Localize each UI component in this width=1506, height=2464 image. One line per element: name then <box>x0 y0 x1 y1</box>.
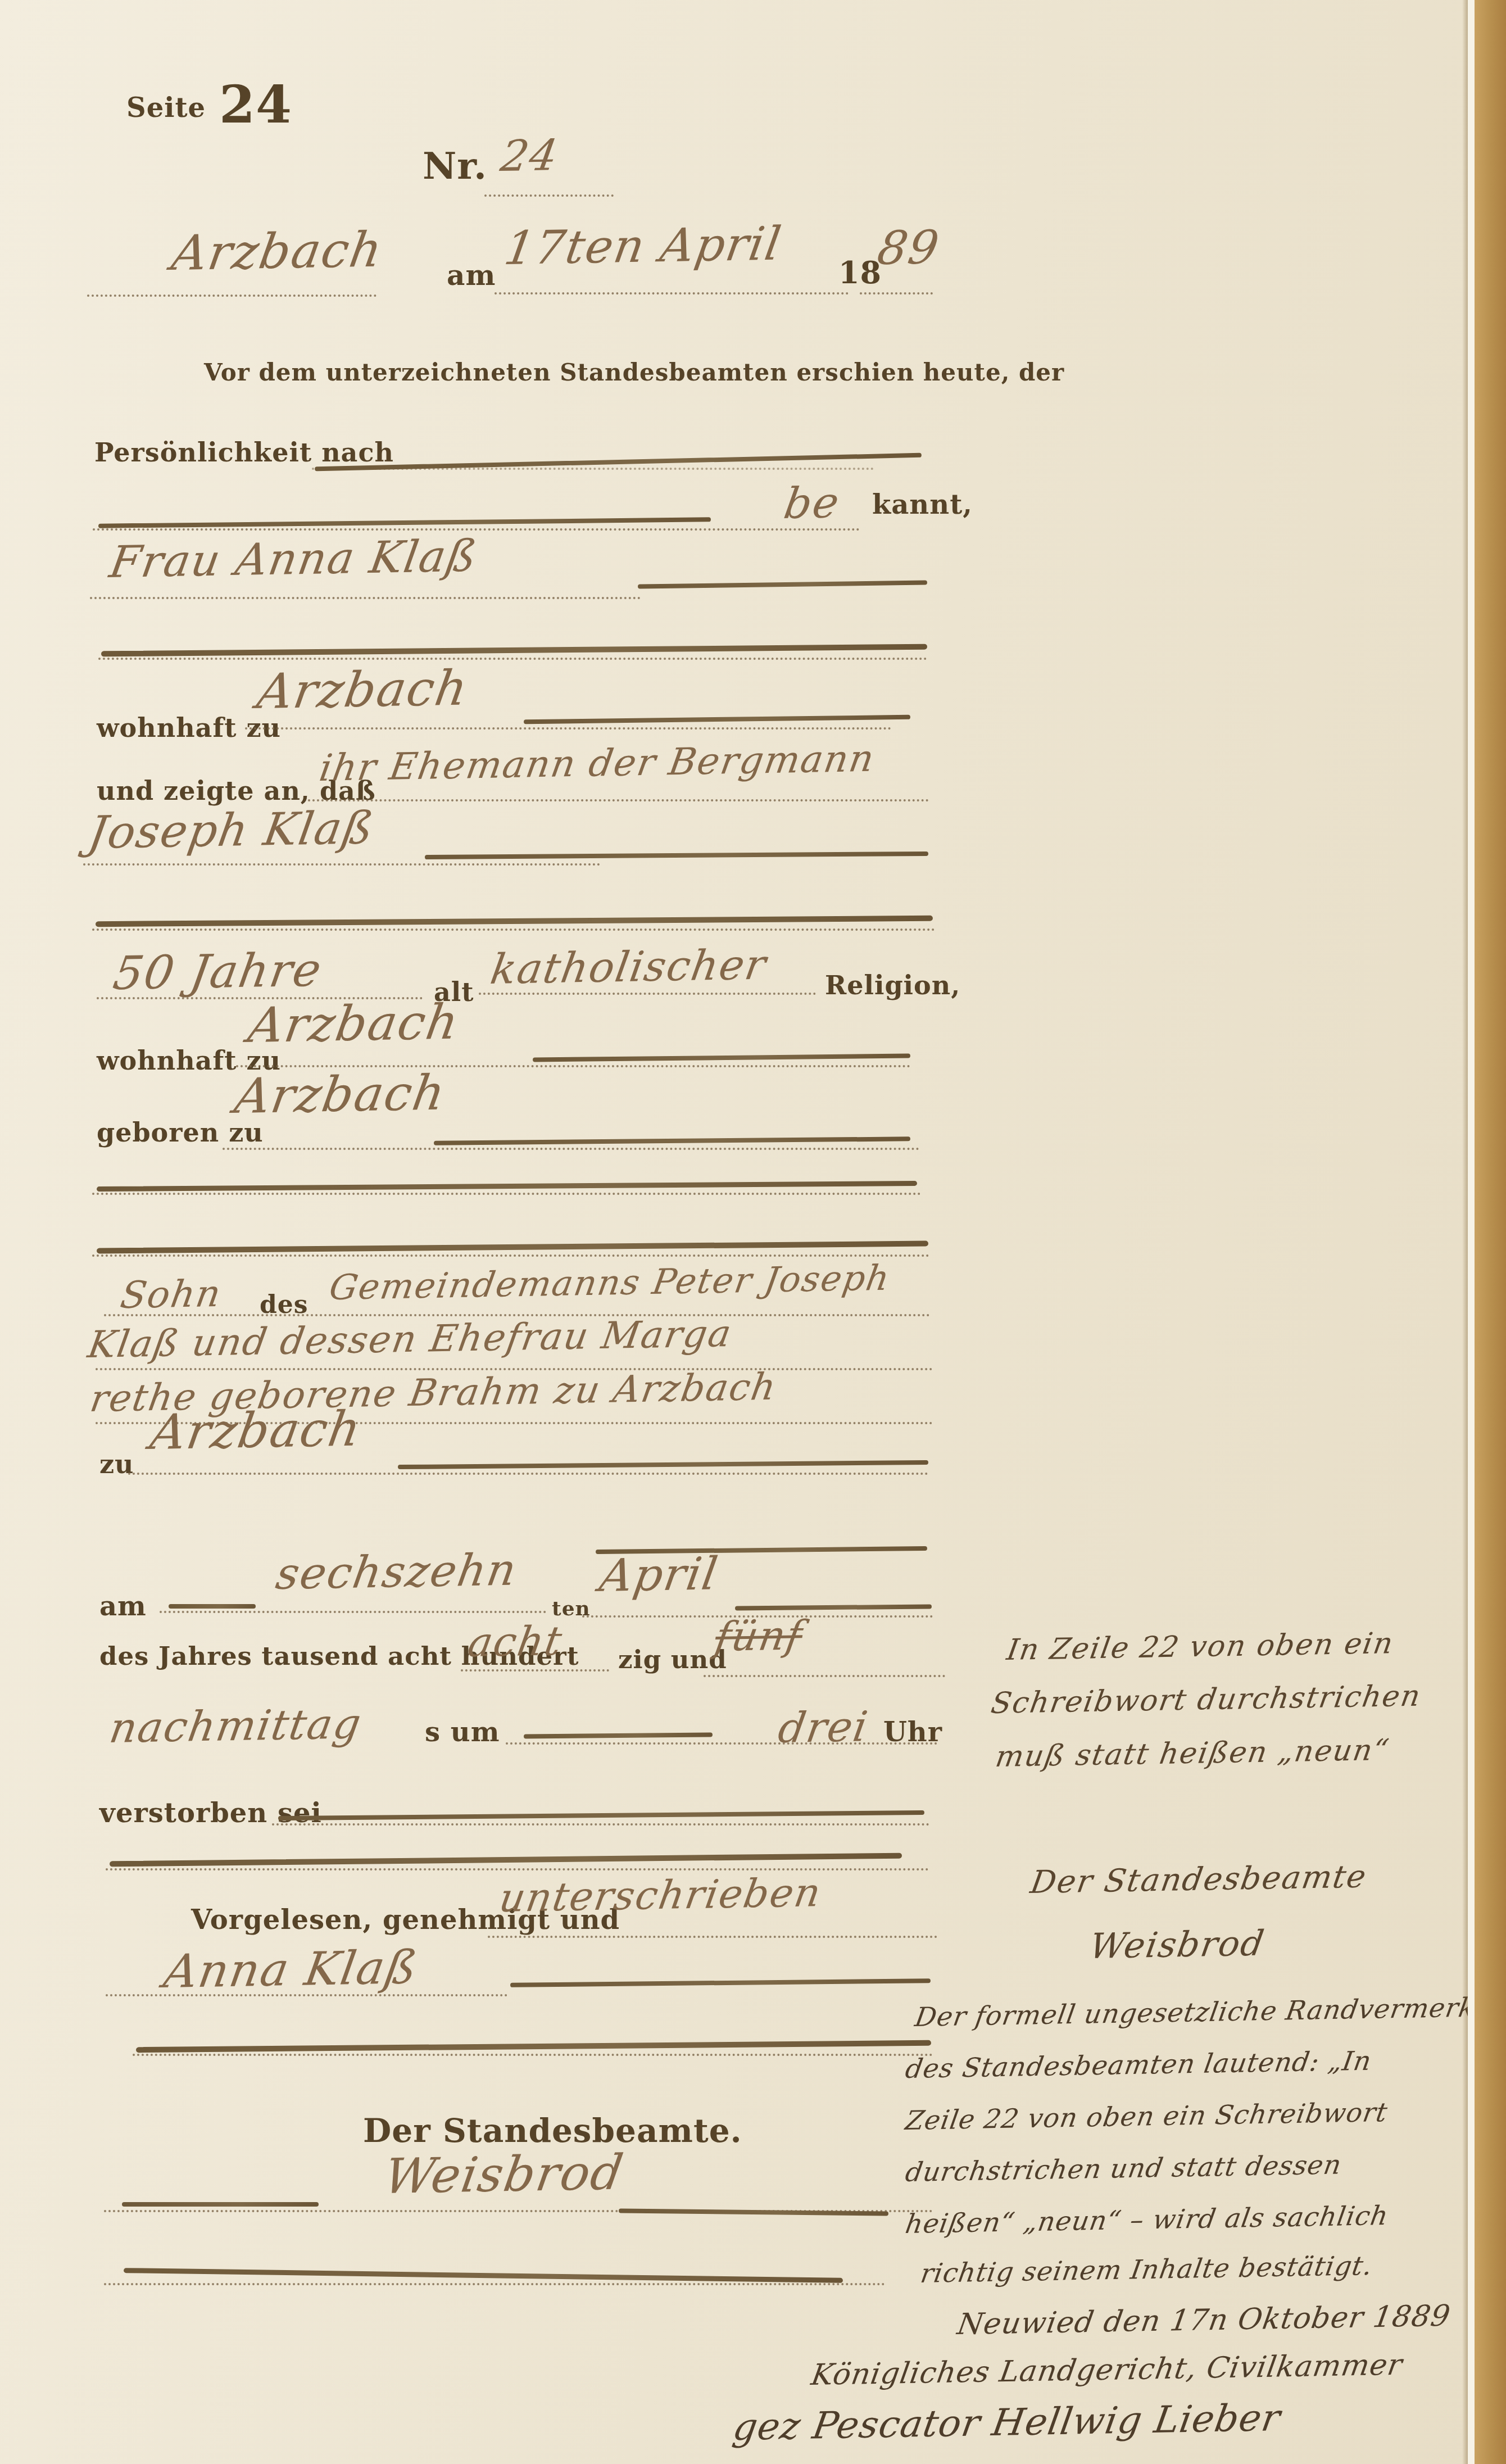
ruled-line <box>104 2283 885 2285</box>
cancel-stroke <box>101 644 927 657</box>
hour-entry: drei <box>775 1706 871 1749</box>
ruled-line <box>704 1675 945 1677</box>
year-tens-entry: acht <box>465 1620 565 1663</box>
cancel-stroke <box>510 1978 931 1987</box>
declarant-signature: Anna Klaß <box>161 1945 421 1995</box>
ruled-line <box>488 1936 937 1938</box>
parents-entry-1b: Gemeindemanns Peter Joseph <box>327 1261 893 1305</box>
death-register-page: Seite 24 Nr. 24 Arzbach am 17ten April 1… <box>0 0 1506 2464</box>
ruled-line <box>128 1473 928 1475</box>
cancel-stroke <box>524 1733 713 1739</box>
record-number-value: 24 <box>498 134 561 178</box>
verstorben-label: verstorben sei <box>99 1800 322 1827</box>
zigund-label: zig und <box>618 1647 727 1672</box>
cancel-stroke <box>524 715 910 724</box>
ruled-line <box>90 597 641 599</box>
parents-entry-2: Klaß und dessen Ehefrau Marga <box>85 1315 734 1364</box>
ruled-line <box>272 1823 929 1826</box>
wohnhaft2-entry: Arzbach <box>245 998 462 1050</box>
ruled-line <box>92 1193 921 1195</box>
margin-note3-line6: richtig seinem Inhalte bestätigt. <box>919 2253 1375 2287</box>
book-edge <box>1475 0 1506 2464</box>
cancel-stroke <box>110 1853 902 1867</box>
ruled-line <box>133 2054 933 2056</box>
ruled-line <box>92 1254 929 1257</box>
cancel-stroke <box>98 517 711 528</box>
ruled-line <box>92 928 935 931</box>
cancel-stroke <box>122 2202 319 2207</box>
cancel-stroke <box>638 580 927 588</box>
date-entry: 17ten April <box>501 221 785 272</box>
form-intro-line: Vor dem unterzeichneten Standesbeamten e… <box>204 361 1064 384</box>
margin-note3-court: Königliches Landgericht, Civilkammer <box>809 2350 1405 2390</box>
cancel-stroke <box>434 1136 910 1145</box>
age-entry: 50 Jahre <box>110 948 325 997</box>
uhr-label: Uhr <box>883 1719 942 1746</box>
place-entry: Arzbach <box>169 226 386 278</box>
margin-note2-line1: Der Standesbeamte <box>1028 1861 1369 1899</box>
ruled-line <box>308 799 929 801</box>
cancel-stroke <box>97 1181 917 1192</box>
margin-note1-line2: Schreibwort durchstrichen <box>989 1682 1423 1718</box>
cancel-stroke <box>735 1604 932 1610</box>
ruled-line <box>461 1669 609 1672</box>
margin-note1-line1: In Zeile 22 von oben ein <box>1005 1629 1396 1665</box>
am2-label: am <box>99 1593 147 1620</box>
cancel-stroke <box>533 1053 910 1062</box>
ruled-line <box>98 658 927 660</box>
record-number-label: Nr. <box>423 147 487 184</box>
cancel-stroke <box>169 1604 256 1609</box>
zu-entry: Arzbach <box>147 1405 365 1457</box>
husband-entry: Joseph Klaß <box>85 805 377 855</box>
cancel-stroke <box>398 1460 928 1469</box>
margin-note3-line4: durchstrichen und statt dessen <box>904 2152 1344 2186</box>
religion-entry: katholischer <box>488 944 770 990</box>
ruled-line <box>479 993 816 995</box>
ruled-line <box>245 727 891 730</box>
bekannt-label: kannt, <box>872 491 973 518</box>
am-label: am <box>447 261 496 289</box>
religion-label: Religion, <box>825 972 960 998</box>
standesbeamte-label: Der Standesbeamte. <box>363 2114 742 2147</box>
death-day-entry: sechszehn <box>273 1548 520 1596</box>
vorgelesen-entry: unterschrieben <box>497 1873 824 1918</box>
ruled-line <box>87 295 376 297</box>
margin-note3-line2: des Standesbeamten lautend: „In <box>904 2048 1373 2082</box>
margin-note3-signatures: gez Pescator Hellwig Lieber <box>731 2399 1283 2446</box>
zeigte-entry: ihr Ehemann der Bergmann <box>317 740 877 787</box>
margin-note3-date: Neuwied den 17n Oktober 1889 <box>955 2302 1453 2339</box>
cancel-stroke <box>96 916 933 927</box>
ruled-line <box>160 1611 546 1613</box>
bekannt-entry: be <box>781 481 843 525</box>
page-number: 24 <box>219 79 292 130</box>
ruled-line <box>93 528 860 531</box>
registrar-signature: Weisbrod <box>381 2149 627 2201</box>
margin-note1-line3: muß statt heißen „neun“ <box>994 1736 1391 1772</box>
ruled-line <box>495 292 849 295</box>
appearer-entry: Frau Anna Klaß <box>107 535 480 585</box>
ruled-line <box>223 1148 919 1150</box>
margin-note2-signature: Weisbrod <box>1087 1926 1267 1964</box>
ruled-line <box>860 292 933 295</box>
geboren-entry: Arzbach <box>232 1069 449 1121</box>
ruled-line <box>484 194 614 197</box>
cancel-stroke <box>136 2040 931 2053</box>
sum-label: s um <box>425 1719 500 1746</box>
cancel-stroke <box>425 851 928 859</box>
ruled-line <box>83 863 600 866</box>
daytime-entry: nachmittag <box>107 1703 365 1749</box>
ruled-line <box>106 1994 507 1996</box>
parents-entry-1: Sohn <box>118 1275 224 1314</box>
cancel-stroke <box>97 1241 928 1254</box>
persoenlichkeit-label: Persönlichkeit nach <box>94 440 394 465</box>
ruled-line <box>506 1742 937 1745</box>
wohnhaft1-entry: Arzbach <box>254 664 471 716</box>
cancel-stroke <box>278 1810 924 1820</box>
page-side-label: Seite <box>126 94 206 121</box>
margin-note3-line3: Zeile 22 von oben ein Schreibwort <box>904 2099 1390 2134</box>
margin-note3-line5: heißen“ „neun“ – wird als sachlich <box>904 2203 1390 2237</box>
margin-note3-line1: Der formell ungesetzliche Randvermerk <box>913 1995 1477 2031</box>
page-edge-highlight <box>1468 0 1475 2464</box>
year-ones-entry-struck: fünf <box>713 1615 806 1657</box>
death-month-entry: April <box>597 1551 722 1598</box>
cancel-stroke <box>124 2268 843 2283</box>
year-entry: 89 <box>874 225 943 272</box>
